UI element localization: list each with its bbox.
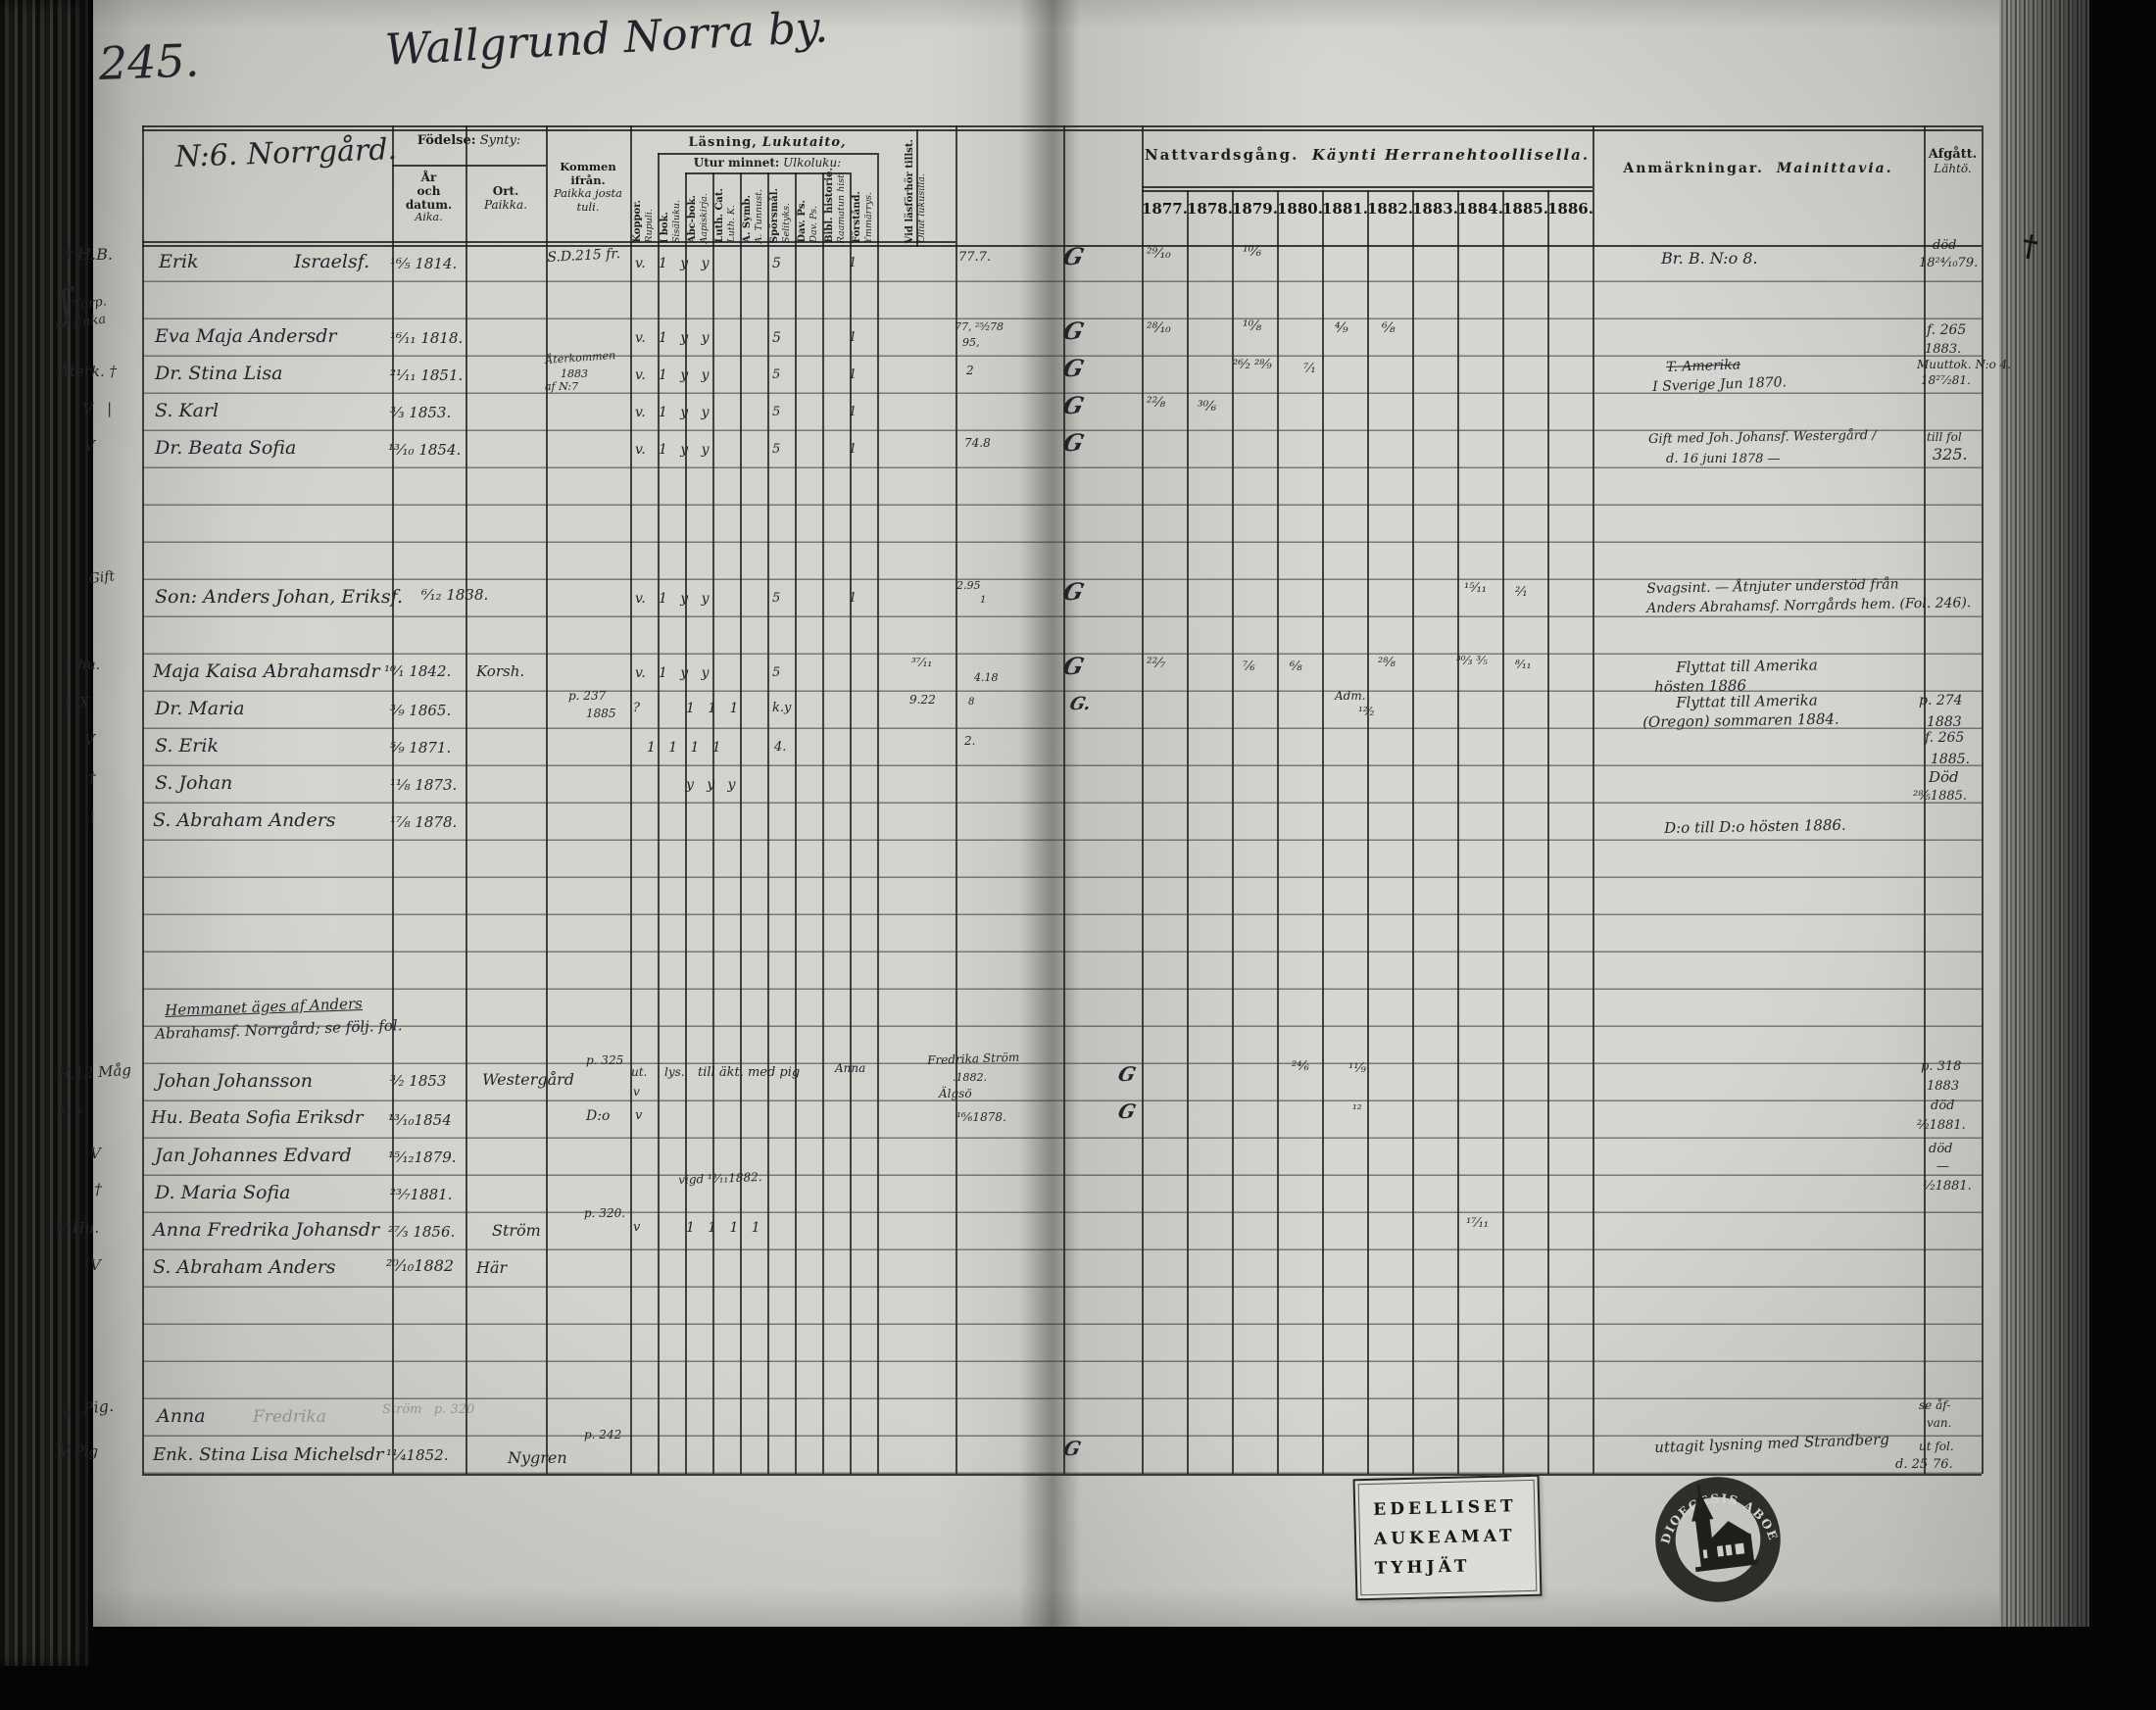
grid-hline	[142, 125, 1982, 127]
handwritten-entry: v. 1 y y	[635, 406, 709, 419]
handwritten-entry: ut.	[631, 1066, 647, 1078]
header-anmarkningar: Anmärkningar. Mainittavia.	[1592, 161, 1924, 177]
handwritten-entry: 1883	[561, 368, 588, 379]
handwritten-entry: 18²⁴⁄₁₀79.	[1919, 257, 1978, 269]
handwritten-entry: p. 318	[1921, 1060, 1961, 1073]
handwritten-entry: D. Maria Sofia	[155, 1184, 290, 1202]
handwritten-entry: 325.	[1933, 447, 1968, 463]
handwritten-entry: v	[633, 1221, 640, 1234]
handwritten-entry: 1883	[1927, 1080, 1959, 1093]
handwritten-entry: v. 1 y y	[635, 331, 709, 345]
handwritten-entry: Anna Fredrika Johansdr	[153, 1221, 379, 1240]
handwritten-entry: ¹²⁄₂	[1358, 706, 1374, 717]
col-bibl-historie: Bibl. historie.Raamatun hist.	[822, 176, 850, 243]
handwritten-entry: vigd ¹³⁄₁₁1882.	[678, 1171, 762, 1186]
handwritten-entry: af N:7	[545, 381, 578, 392]
handwritten-entry: 1	[980, 596, 986, 606]
handwritten-entry: ³⁰⁄₆	[1198, 400, 1216, 414]
grid-hline	[1142, 186, 1592, 188]
handwritten-entry: ¹²	[1352, 1103, 1362, 1115]
handwritten-entry: ²⁶⁄₂ ²⁸⁄₉	[1233, 359, 1272, 371]
handwritten-entry: 245.	[98, 37, 200, 86]
handwritten-entry: S. Johan	[155, 774, 232, 793]
handwritten-entry: S. Abraham Anders	[153, 811, 336, 830]
handwritten-entry: 1	[849, 331, 857, 344]
handwritten-entry: ²⁹⁄₁₀	[1147, 247, 1171, 261]
handwritten-entry: 5	[772, 368, 780, 381]
handwritten-entry: f. 265	[1925, 731, 1964, 745]
handwritten-entry: 77, ²⁵⁄₂78	[955, 321, 1004, 332]
year-header-1882: 1882.	[1367, 200, 1412, 218]
diocese-seal-stamp: DIOECESIS ABOENSIS	[1639, 1460, 1798, 1620]
handwritten-entry: 1 1 1	[686, 702, 738, 715]
handwritten-entry: ¹³⁄₁₀ 1854.	[388, 443, 461, 458]
handwritten-entry: 5	[772, 257, 781, 270]
year-header-1878: 1878.	[1187, 200, 1232, 218]
handwritten-entry: 4.18	[974, 672, 999, 683]
handwritten-entry: 77.7.	[958, 251, 991, 264]
handwritten-entry: Hu. Beata Sofia Eriksdr	[151, 1109, 363, 1127]
handwritten-entry: till äkt. med pig	[698, 1066, 800, 1079]
handwritten-entry: 5	[772, 406, 780, 418]
handwritten-entry: S.D.215 fr.	[547, 247, 620, 265]
handwritten-entry: V Pig	[59, 1444, 98, 1459]
handwritten-entry: ¹⁰⁄₁ 1842.	[384, 664, 451, 679]
handwritten-entry: ²¹⁄₁₁ 1851.	[390, 368, 463, 383]
handwritten-entry: S. Abraham Anders	[153, 1258, 336, 1277]
handwritten-entry: ²⁰⁄₁₀1882	[386, 1258, 454, 1274]
handwritten-entry: V	[90, 1147, 101, 1161]
handwritten-entry: Ström	[492, 1223, 541, 1239]
handwritten-entry: ?	[633, 702, 640, 714]
table-row-lines	[142, 245, 1982, 1474]
handwritten-entry: Fredrika	[253, 1409, 326, 1426]
col-dav-ps: Dav. Ps.Dav. Ps.	[795, 176, 822, 243]
handwritten-entry: 95,	[962, 337, 980, 348]
handwritten-entry: f. 265	[1927, 323, 1966, 337]
grid-hline	[142, 129, 1982, 131]
handwritten-entry: 1	[849, 592, 857, 605]
handwritten-entry: Eva Maja Andersdr	[155, 327, 336, 346]
handwritten-entry: †	[94, 1182, 102, 1197]
handwritten-entry: död	[1929, 1143, 1952, 1155]
grid-hline	[685, 172, 850, 174]
handwritten-entry: Fredrika Ström	[927, 1051, 1019, 1066]
handwritten-entry: död	[1931, 1099, 1954, 1112]
handwritten-entry: 5	[772, 666, 780, 679]
handwritten-entry: död	[1933, 239, 1956, 252]
handwritten-entry: lys.	[664, 1066, 685, 1078]
handwritten-entry: Dr. Beata Sofia	[155, 439, 296, 458]
handwritten-entry: V	[90, 1258, 101, 1273]
handwritten-entry: Här	[476, 1260, 507, 1276]
handwritten-entry: 1	[849, 257, 857, 269]
handwritten-entry: 5	[772, 592, 780, 605]
handwritten-entry: ⁸⁄₁₁	[1515, 659, 1531, 670]
handwritten-entry: Älgsö	[939, 1088, 972, 1099]
handwritten-entry: 18²⁷⁄₂81.	[1921, 374, 1971, 386]
handwritten-entry: ¹⁷⁄₈ 1878.	[390, 815, 457, 830]
handwritten-entry: ¹⁶⁄₅ 1814.	[390, 257, 457, 271]
handwritten-entry: v	[635, 1109, 642, 1122]
handwritten-entry: ⁵⁄₉ 1871.	[390, 741, 451, 756]
handwritten-entry: Dr. Stina Lisa	[155, 365, 282, 383]
handwritten-entry: ⁷⁄₆	[1243, 660, 1255, 673]
header-ort: Ort. Paikka.	[465, 184, 546, 212]
handwritten-entry: | X	[65, 696, 89, 710]
handwritten-entry: Död	[1929, 770, 1959, 785]
handwritten-entry: Israelsf.	[294, 253, 369, 271]
handwritten-entry: Enk. Stina Lisa Michelsdr	[153, 1446, 384, 1464]
year-header-1879: 1879.	[1232, 200, 1277, 218]
handwritten-entry: 4.	[774, 741, 786, 754]
handwritten-entry: p. 237	[568, 690, 606, 702]
handwritten-entry: Adm.	[1335, 690, 1366, 702]
handwritten-entry: 5	[772, 443, 780, 456]
handwritten-entry: v. 1 y y	[635, 368, 709, 382]
handwritten-entry: 2.95	[956, 580, 981, 591]
handwritten-entry: d. 16 juni 1878 —	[1666, 453, 1781, 465]
year-header-1884: 1884.	[1457, 200, 1502, 218]
grid-vline	[916, 129, 918, 247]
handwritten-entry: Gift	[88, 569, 116, 586]
col-luth-cat: Luth. Cat.Luth. K.	[712, 176, 740, 243]
handwritten-entry: 8	[968, 698, 974, 708]
handwritten-entry: ⁴⁄₉	[1335, 321, 1348, 335]
handwritten-entry: ¹³⁄₁₀1854	[388, 1113, 452, 1128]
handwritten-entry: p. 320.	[584, 1207, 625, 1219]
handwritten-entry: Anna	[835, 1062, 865, 1074]
year-header-1883: 1883.	[1412, 200, 1457, 218]
header-fodelse: Födelse: Synty:	[392, 133, 546, 148]
col-i-bok: I bok.Sisäluku.	[658, 157, 685, 243]
handwritten-entry: 74.8	[964, 437, 991, 449]
handwritten-entry: V	[84, 439, 95, 454]
handwritten-entry: T. Amerika	[1666, 358, 1740, 374]
year-header-1877: 1877.	[1142, 200, 1187, 218]
handwritten-entry: p. 242	[584, 1429, 621, 1441]
handwritten-entry: ¹⁄₂1881.	[1923, 1180, 1972, 1193]
handwritten-entry: ²⁸⁄₅1885.	[1913, 790, 1967, 803]
handwritten-entry: d. 25	[1895, 1458, 1928, 1471]
handwritten-entry: 1885.	[1931, 753, 1970, 766]
handwritten-entry: ²²⁄₇	[1147, 657, 1165, 670]
page-edge-stack	[1999, 0, 2089, 1627]
handwritten-entry: Pig.	[82, 1398, 115, 1417]
header-nattvardsgang: Nattvardsgång. Käynti Herranehtoollisell…	[1142, 147, 1592, 165]
handwritten-entry: ¹⁷⁄₁₁	[1466, 1217, 1489, 1230]
handwritten-entry: p. 274	[1919, 694, 1963, 708]
handwritten-entry: D:o till D:o hösten 1886.	[1664, 818, 1846, 836]
handwritten-entry: ¹¹⁄₈ 1873.	[390, 778, 457, 793]
handwritten-entry: —	[1936, 1160, 1949, 1173]
handwritten-entry: Korsh.	[476, 664, 524, 679]
stamp-line-3: TYHJÄT	[1375, 1555, 1536, 1579]
handwritten-entry: v. 1 y y	[635, 666, 709, 680]
handwritten-entry: v	[63, 1407, 71, 1421]
handwritten-entry: | hu.	[65, 659, 100, 672]
handwritten-entry: y y y	[686, 778, 735, 792]
handwritten-entry: V	[84, 733, 95, 748]
handwritten-entry: p. 325	[586, 1054, 623, 1066]
handwritten-entry: k.y	[772, 702, 791, 714]
handwritten-entry: ⁶⁄₈	[1382, 321, 1396, 335]
handwritten-entry: 1883.	[1925, 343, 1961, 356]
handwritten-entry: v	[633, 1086, 640, 1098]
handwritten-entry: V |	[82, 402, 112, 416]
handwritten-entry: S. Karl	[155, 402, 219, 420]
grid-vline	[1982, 125, 1984, 1474]
grid-hline	[392, 165, 546, 167]
handwritten-entry: ¹⁰⁄₈	[1243, 319, 1261, 333]
archive-label-inner-border: EDELLISET AUKEAMAT TYHJÄT	[1358, 1480, 1538, 1595]
handwritten-entry: 1 1 1 1	[647, 741, 721, 755]
handwritten-entry: ³⁷⁄₁₁	[911, 657, 932, 668]
handwritten-entry: 2	[966, 365, 974, 376]
handwritten-entry: 9.22	[909, 694, 936, 706]
handwritten-entry: ¹⁵⁄₁₂1879.	[388, 1150, 457, 1165]
year-header-1881: 1881.	[1322, 200, 1367, 218]
grid-hline	[142, 241, 955, 243]
handwritten-entry: ³⁰⁄₃ ³⁄₅	[1456, 655, 1488, 666]
handwritten-entry: ²²⁄₈	[1147, 396, 1165, 410]
handwritten-entry: Jan Johannes Edvard	[155, 1147, 352, 1165]
handwritten-entry: D:o	[586, 1109, 610, 1123]
handwritten-entry: ²⁄₁	[1515, 586, 1528, 599]
handwritten-entry: Maja Kaisa Abrahamsdr	[153, 662, 380, 681]
handwritten-entry: Muuttok. N:o 4.	[1917, 359, 2011, 370]
handwritten-entry: (Oregon) sommaren 1884.	[1642, 711, 1839, 729]
handwritten-entry: ¹⁵⁄₁₁	[1464, 582, 1487, 595]
handwritten-entry: 1883	[1927, 715, 1962, 729]
handwritten-entry: Westergård	[482, 1072, 574, 1088]
handwritten-entry: 1	[849, 406, 857, 418]
handwritten-entry: ⁶⁄₈	[1290, 660, 1302, 673]
handwritten-entry: ¹⁶⁄₆1878.	[956, 1111, 1006, 1123]
col-a-symb: A. Symb.A. Tunnust.	[740, 176, 767, 243]
handwritten-entry: ²⁸⁄₈	[1378, 657, 1396, 669]
handwritten-entry: G.	[1068, 696, 1093, 713]
handwritten-entry: 2.	[964, 735, 975, 747]
handwritten-entry: ²⁸⁄₁₀	[1147, 321, 1171, 335]
handwritten-entry: Son: Anders Johan, Eriksf.	[155, 588, 403, 607]
handwritten-entry: v. 1 y y	[635, 257, 709, 270]
handwritten-entry: Återk. †	[59, 365, 117, 379]
handwritten-entry: ³⁄₃ 1853.	[390, 406, 451, 420]
handwritten-entry: Johan Johansson	[157, 1072, 313, 1091]
handwritten-entry: till fol	[1927, 431, 1962, 443]
year-header-1886: 1886.	[1547, 200, 1592, 218]
handwritten-entry: ⁷⁄₁	[1303, 363, 1316, 375]
stamp-line-2: AUKEAMAT	[1374, 1526, 1535, 1549]
handwritten-entry: 1 1 1 1	[686, 1221, 760, 1235]
handwritten-entry: ⁶⁄₁₂ 1838.	[421, 588, 488, 603]
col-abc-bok: Abc-bok.Aapiskirja.	[685, 176, 712, 243]
grid-hline	[1142, 190, 1592, 192]
archive-label-stamp: EDELLISET AUKEAMAT TYHJÄT	[1353, 1475, 1543, 1601]
handwritten-entry: Br. B. N:o 8.	[1661, 251, 1758, 267]
handwritten-entry: ¹⁰⁄₆	[1243, 245, 1261, 259]
handwritten-entry: 1	[849, 443, 857, 456]
handwritten-entry: ¹¹⁄₉	[1348, 1062, 1366, 1075]
handwritten-entry: ²³⁄₇1881.	[390, 1188, 453, 1202]
handwritten-entry: Dr. Maria	[155, 700, 245, 718]
handwritten-entry: 1	[849, 368, 857, 381]
col-forstand: Förstånd.Ymmärrys.	[850, 157, 877, 243]
handwritten-entry: N:6. Norrgård.	[174, 135, 398, 172]
grid-hline	[658, 153, 877, 155]
handwritten-entry: †	[88, 770, 96, 786]
handwritten-entry: ut fol.	[1919, 1441, 1954, 1452]
header-afgatt: Afgått. Lähtö.	[1924, 147, 1982, 175]
handwritten-entry: ³⁄₉ 1865.	[390, 704, 451, 718]
handwritten-entry: Ström p. 320	[382, 1403, 474, 1416]
handwritten-entry: |	[90, 809, 95, 824]
handwritten-entry: Erik	[159, 253, 199, 271]
handwritten-entry: ¹⁶⁄₁₁ 1818.	[390, 331, 463, 346]
handwritten-entry: † †	[57, 1107, 82, 1123]
handwritten-entry: Flyttat till Amerika	[1676, 658, 1818, 675]
handwritten-entry: † H.B.	[65, 247, 113, 263]
handwritten-entry: Gift med Joh. Johansf. Westergård /	[1648, 429, 1877, 446]
handwritten-entry: 1885	[586, 708, 616, 719]
handwritten-entry: ¹¹⁄₄1852.	[386, 1448, 449, 1463]
header-kommen-ifran: Kommen ifrån. Paikka josta tuli.	[546, 161, 630, 214]
handwritten-entry: van.	[1927, 1417, 1951, 1429]
handwritten-entry: Nygren	[508, 1450, 567, 1466]
handwritten-entry: v. 1 y y	[635, 592, 709, 606]
col-sporsmal: Spörsmål.Selityks.	[767, 176, 795, 243]
handwritten-entry: se åf-	[1919, 1399, 1950, 1411]
header-lasning: Läsning, Lukutaito,	[658, 135, 877, 150]
handwritten-entry: v. 1 y y	[635, 443, 709, 457]
year-header-1880: 1880.	[1277, 200, 1322, 218]
col-koppor: Koppor.Rupuli.	[630, 133, 658, 243]
stamp-line-1: EDELLISET	[1373, 1496, 1534, 1520]
handwritten-entry: S. Erik	[155, 737, 219, 756]
handwritten-entry: ³⁄₂ 1853	[390, 1074, 446, 1089]
handwritten-entry: .1882.	[953, 1072, 987, 1083]
scanned-ledger-photo: Födelse: Synty: År och datum. Aika. Ort.…	[0, 0, 2156, 1710]
handwritten-entry: ²⁷⁄₃ 1856.	[388, 1225, 455, 1240]
handwritten-entry: 76.	[1933, 1458, 1953, 1471]
handwritten-entry: 5	[772, 331, 781, 345]
year-header-1885: 1885.	[1502, 200, 1547, 218]
handwritten-entry: ²⁄₂1881.	[1917, 1119, 1966, 1132]
handwritten-entry: Flyttat till Amerika	[1676, 693, 1818, 710]
handwritten-entry: ²⁴⁄₆	[1292, 1060, 1309, 1073]
header-ar-och-datum: År och datum. Aika.	[392, 171, 465, 224]
handwritten-entry: V Hu.	[57, 1221, 99, 1236]
handwritten-entry: Anna	[157, 1407, 206, 1426]
